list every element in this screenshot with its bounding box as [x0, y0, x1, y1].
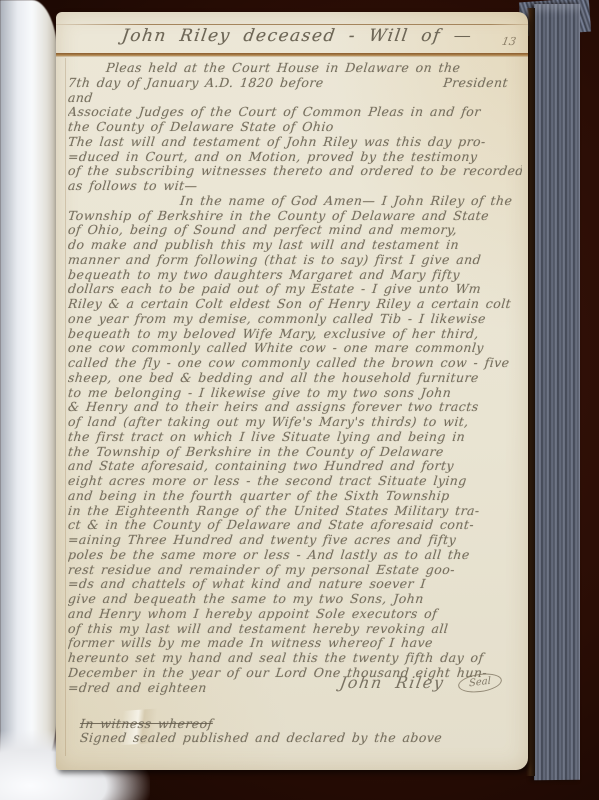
manuscript-line: one cow commonly called White cow - one … [68, 341, 522, 356]
manuscript-line: of the subscribing witnesses thereto and… [68, 164, 522, 179]
manuscript-line: In the name of God Amen— I John Riley of… [68, 194, 522, 209]
manuscript-line: give and bequeath the same to my two Son… [68, 592, 522, 607]
manuscript-line: poles be the same more or less - And las… [68, 548, 522, 563]
book-fore-edge-stack [534, 4, 580, 780]
manuscript-line: sheep, one bed & bedding and all the hou… [68, 371, 522, 386]
manuscript-line: and being in the fourth quarter of the S… [68, 489, 522, 504]
manuscript-line: Associate Judges of the Court of Common … [68, 105, 522, 120]
manuscript-line: the first tract on which I live Situate … [68, 430, 522, 445]
attestation-lines: In witness whereofSigned sealed publishe… [80, 717, 522, 747]
manuscript-line: the County of Delaware State of Ohio [68, 120, 522, 135]
manuscript-line: of Ohio, being of Sound and perfect mind… [68, 223, 522, 238]
header-rule-thin [56, 24, 528, 25]
manuscript-line: Signed sealed published and declared by … [79, 731, 523, 746]
signature-name: John Riley [338, 673, 446, 692]
page-number: 13 [501, 35, 517, 48]
manuscript-line: =ds and chattels of what kind and nature… [68, 577, 522, 592]
manuscript-line: 7th day of January A.D. 1820 beforePresi… [68, 76, 522, 91]
manuscript-line: as follows to wit— [68, 179, 522, 194]
manuscript-line: The last will and testament of John Rile… [68, 135, 522, 150]
header-rule-thick [56, 53, 528, 56]
manuscript-body: Pleas held at the Court House in Delawar… [68, 61, 522, 700]
seal-stamp: Seal [458, 671, 502, 694]
manuscript-line: =aining Three Hundred and twenty five ac… [68, 533, 522, 548]
manuscript-line: of land (after taking out my Wife's Mary… [68, 415, 522, 430]
manuscript-line: hereunto set my hand and seal this the t… [68, 651, 522, 666]
manuscript-line: ct & in the County of Delaware and State… [68, 518, 522, 533]
left-margin-line [65, 58, 66, 756]
page-title: John Riley deceased - Will of — [121, 26, 464, 46]
manuscript-line: and State aforesaid, containing two Hund… [68, 459, 522, 474]
manuscript-line: eight acres more or less - the second tr… [68, 474, 522, 489]
manuscript-line: Pleas held at the Court House in Delawar… [68, 61, 522, 76]
left-page-edge [0, 0, 58, 792]
manuscript-line: do make and publish this my last will an… [68, 238, 522, 253]
manuscript-line: manner and form following (that is to sa… [68, 253, 522, 268]
manuscript-line: & Henry and to their heirs and assigns f… [68, 400, 522, 415]
signature-row: John Riley Seal [340, 673, 502, 692]
photographed-book-page: John Riley deceased - Will of — 13 Pleas… [0, 0, 599, 800]
manuscript-line: former wills by me made In witness where… [68, 636, 522, 651]
manuscript-line: Riley & a certain Colt eldest Son of Hen… [68, 297, 522, 312]
manuscript-line: one year from my demise, commonly called… [68, 312, 522, 327]
manuscript-line-right-text: President [442, 76, 508, 91]
manuscript-line: dollars each to be paid out of my Estate… [68, 282, 522, 297]
manuscript-line: called the fly - one cow commonly called… [68, 356, 522, 371]
manuscript-line: and Henry whom I hereby appoint Sole exe… [68, 607, 522, 622]
manuscript-page: John Riley deceased - Will of — 13 Pleas… [56, 12, 528, 770]
